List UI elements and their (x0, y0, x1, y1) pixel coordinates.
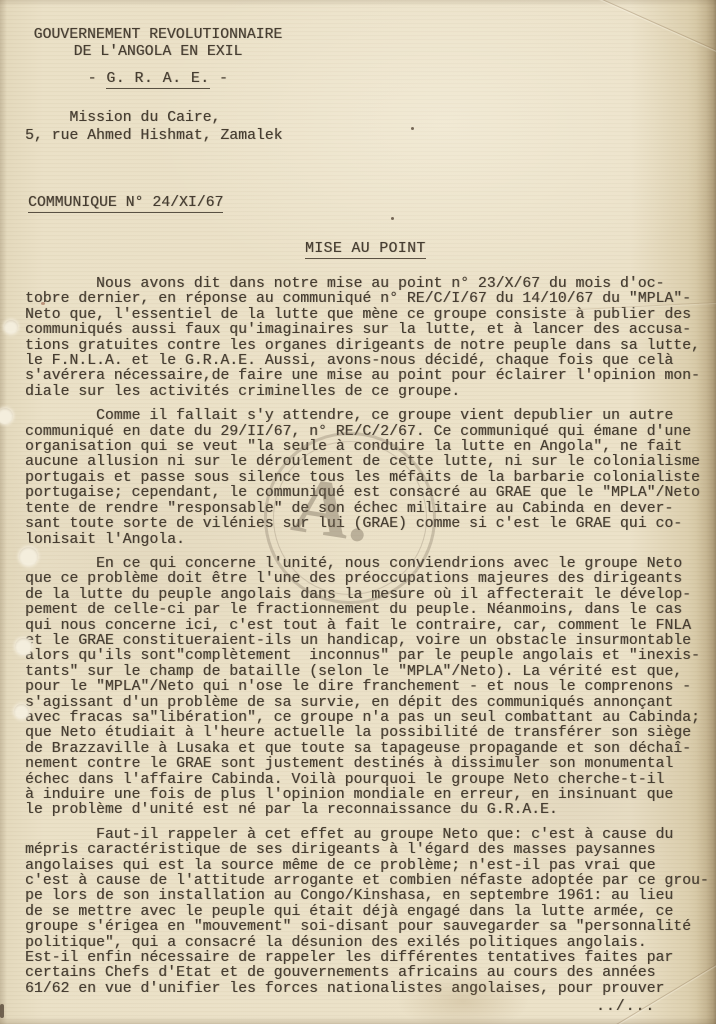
page-title: MISE AU POINT (305, 241, 426, 258)
paper-speck (0, 1004, 4, 1018)
paragraph-3: En ce qui concerne l'unité, nous convien… (25, 557, 713, 819)
paper-speck (411, 127, 414, 130)
communique-reference-text: COMMUNIQUE N° 24/XI/67 (28, 195, 223, 213)
paragraph-1: Nous avons dit dans notre mise au point … (25, 277, 713, 400)
paper-hole (4, 320, 18, 334)
paper-hole (19, 547, 38, 566)
paragraph-4: Faut-il rappeler à cet effet au groupe N… (25, 828, 713, 997)
body-text: Nous avons dit dans notre mise au point … (25, 277, 713, 1006)
org-name-line2: DE L'ANGOLA EN EXIL (32, 44, 284, 61)
paper-speck (391, 217, 394, 220)
paper-stain (398, 972, 528, 1024)
page-title-text: MISE AU POINT (305, 241, 426, 259)
org-header: GOUVERNEMENT REVOLUTIONNAIRE DE L'ANGOLA… (32, 27, 284, 87)
paper-speck (41, 302, 45, 305)
org-acronym-core: G. R. A. E. (106, 71, 209, 89)
scanned-communique-page: GOUVERNEMENT REVOLUTIONNAIRE DE L'ANGOLA… (0, 0, 716, 1024)
org-acronym: - G. R. A. E. - (32, 71, 284, 88)
paper-hole (0, 408, 13, 424)
org-name-line1: GOUVERNEMENT REVOLUTIONNAIRE (32, 27, 284, 44)
communique-reference: COMMUNIQUE N° 24/XI/67 (28, 195, 223, 212)
paragraph-2: Comme il fallait s'y attendre, ce groupe… (25, 409, 713, 548)
paper-edge-bottom (0, 1017, 716, 1024)
mission-address: Mission du Caire, 5, rue Ahmed Hishmat, … (25, 110, 283, 145)
paper-hole (15, 638, 32, 655)
org-acronym-suffix: - (210, 71, 229, 87)
paper-edge-left (0, 0, 7, 1024)
paper-hole (14, 704, 29, 719)
org-acronym-prefix: - (88, 71, 107, 87)
